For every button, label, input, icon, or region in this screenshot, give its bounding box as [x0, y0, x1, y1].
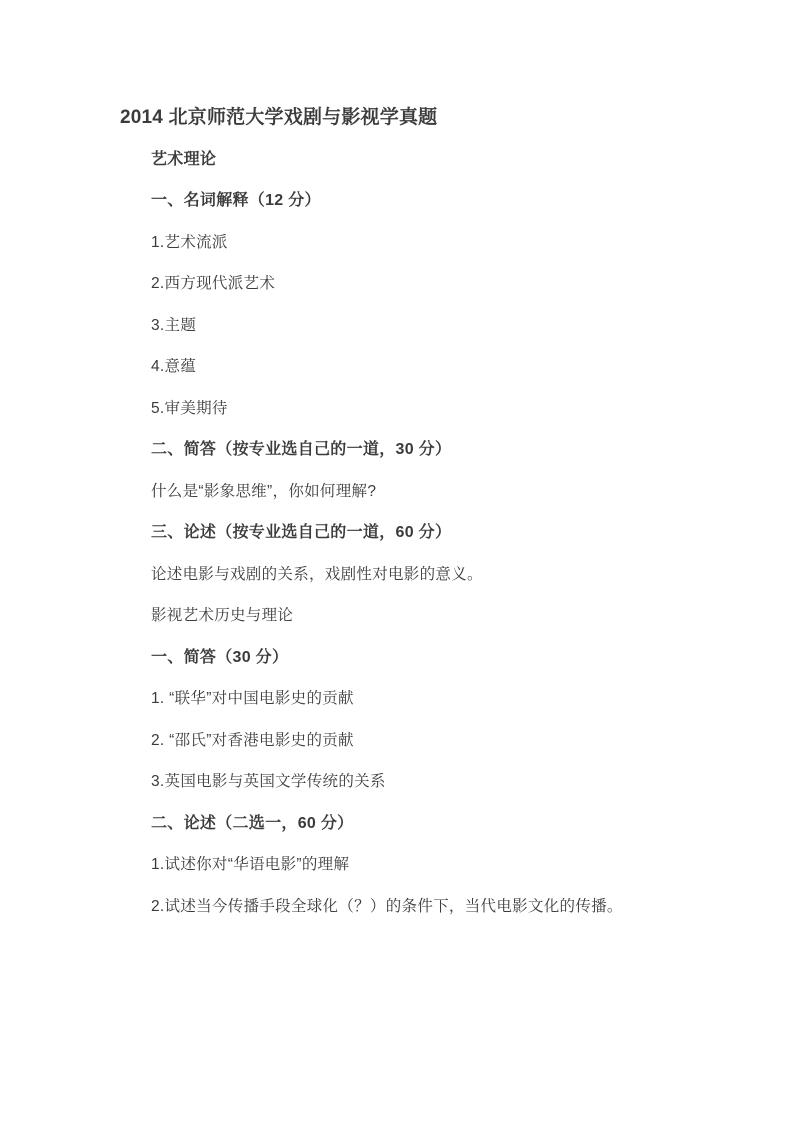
term-item-4: 4.意蕴 — [151, 357, 730, 378]
short-answer-item-1: 1. “联华”对中国电影史的贡献 — [151, 689, 730, 710]
essay-item-2: 2.试述当今传播手段全球化（？）的条件下，当代电影文化的传播。 — [151, 897, 730, 918]
heading-short-answer: 二、简答（按专业选自己的一道，30 分） — [151, 440, 730, 461]
doc-title: 2014 北京师范大学戏剧与影视学真题 — [120, 108, 730, 129]
document-content: 2014 北京师范大学戏剧与影视学真题 艺术理论 一、名词解释（12 分） 1.… — [120, 108, 730, 938]
short-answer-item-2: 2. “邵氏”对香港电影史的贡献 — [151, 731, 730, 752]
term-item-1: 1.艺术流派 — [151, 233, 730, 254]
term-item-3: 3.主题 — [151, 316, 730, 337]
term-item-2: 2.西方现代派艺术 — [151, 274, 730, 295]
essay-question: 论述电影与戏剧的关系，戏剧性对电影的意义。 — [151, 565, 730, 586]
heading-short-answer-2: 一、简答（30 分） — [151, 648, 730, 669]
short-answer-question: 什么是“影象思维”，你如何理解? — [151, 482, 730, 503]
heading-essay: 三、论述（按专业选自己的一道，60 分） — [151, 523, 730, 544]
essay-item-1: 1.试述你对“华语电影”的理解 — [151, 855, 730, 876]
heading-essay-2: 二、论述（二选一，60 分） — [151, 814, 730, 835]
term-item-5: 5.审美期待 — [151, 399, 730, 420]
short-answer-item-3: 3.英国电影与英国文学传统的关系 — [151, 772, 730, 793]
document-page: 2014 北京师范大学戏剧与影视学真题 艺术理论 一、名词解释（12 分） 1.… — [0, 0, 793, 1122]
section-label-film-history: 影视艺术历史与理论 — [151, 606, 730, 627]
heading-term-explanation: 一、名词解释（12 分） — [151, 191, 730, 212]
section-heading-art-theory: 艺术理论 — [151, 150, 730, 171]
